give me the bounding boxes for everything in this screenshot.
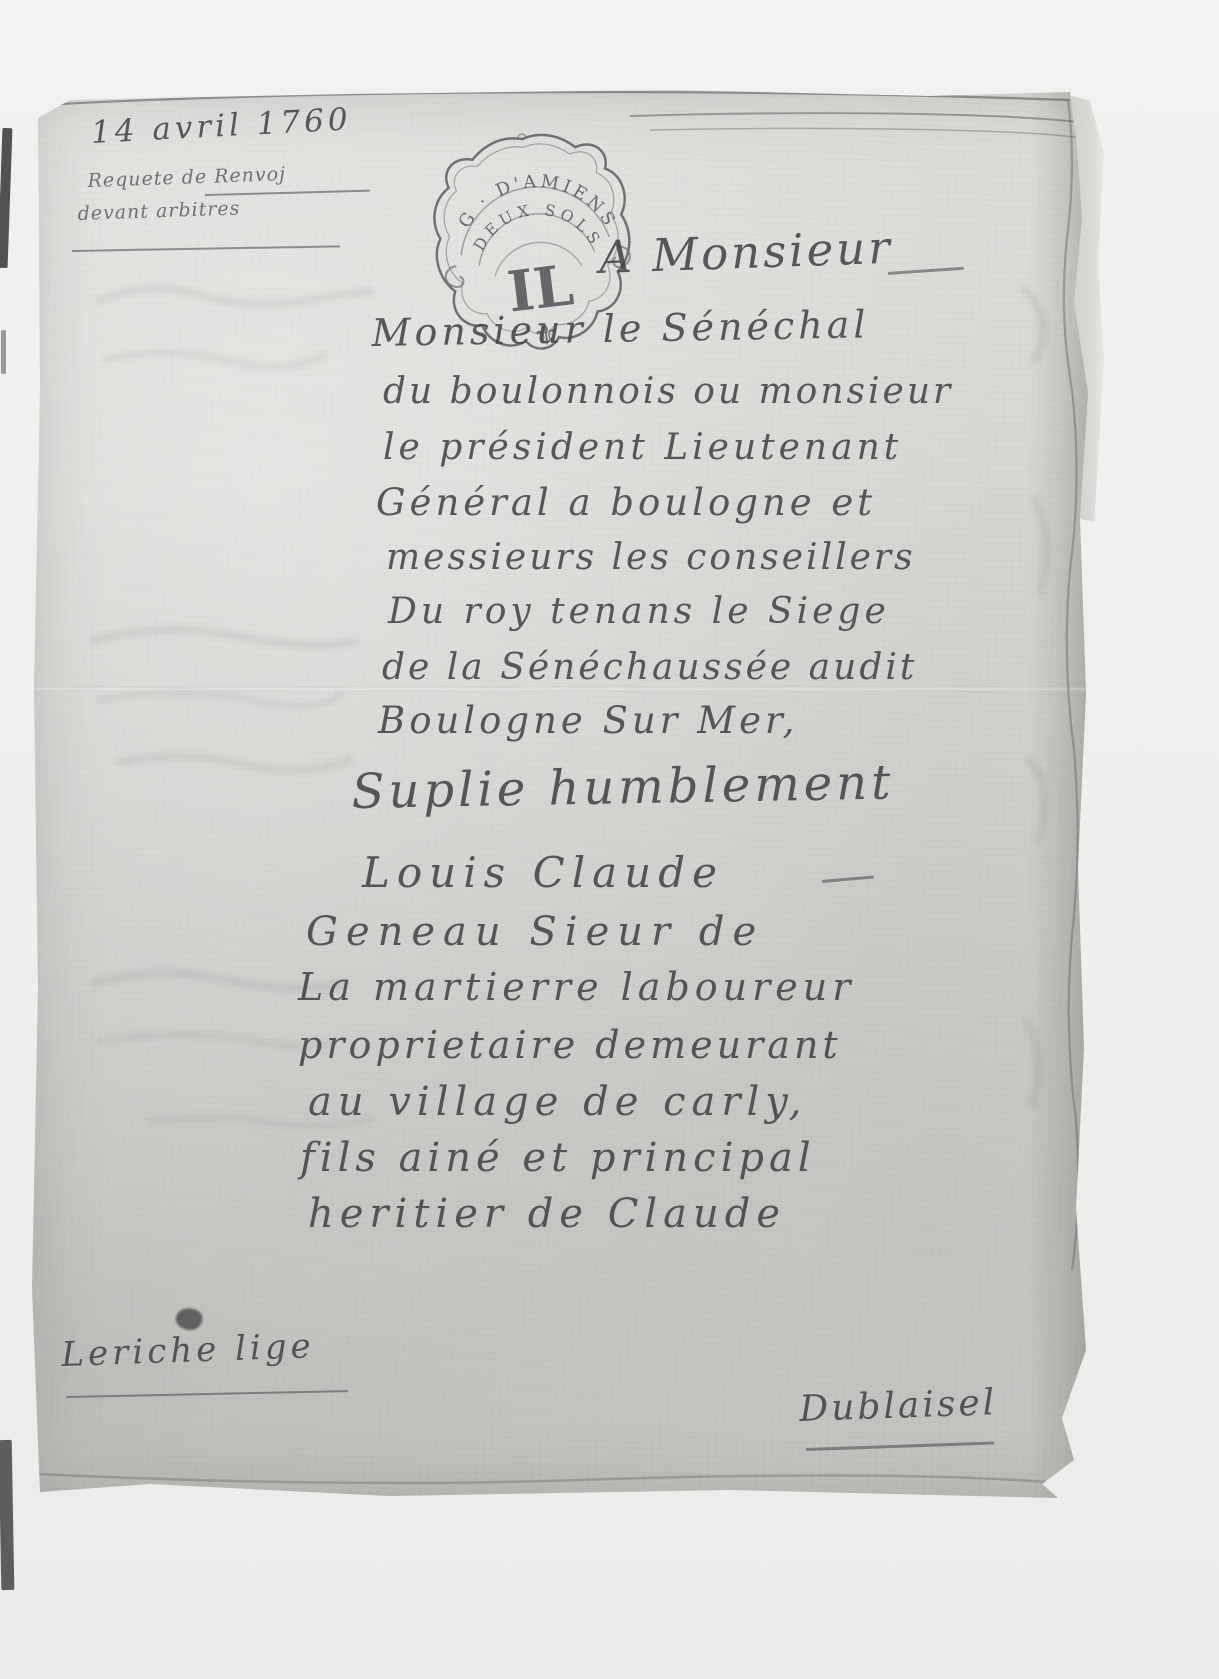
petitioner-line: Geneau Sieur de (306, 912, 764, 952)
scan-edge-sliver (0, 128, 12, 268)
signature-right: Dublaisel (799, 1385, 998, 1428)
body-line: de la Sénéchaussée audit (382, 650, 917, 686)
body-line: Monsieur le Sénéchal (371, 305, 869, 352)
petitioner-line: proprietaire demeurant (298, 1026, 842, 1064)
petitioner-line: La martierre laboureur (298, 968, 855, 1006)
scan-edge-sliver (1, 330, 6, 374)
body-line: messieurs les conseillers (386, 540, 916, 576)
scan-edge-sliver (0, 1440, 14, 1590)
body-line: du boulonnois ou monsieur (383, 374, 953, 410)
salutation-line: A Monsieur (598, 225, 893, 280)
petitioner-line: Louis Claude (362, 852, 724, 894)
petition-opening-line: Suplie humblement (351, 759, 895, 816)
body-line: Boulogne Sur Mer, (378, 702, 798, 739)
petitioner-line: fils ainé et principal (300, 1138, 816, 1178)
petitioner-line: au village de carly, (308, 1082, 807, 1122)
petitioner-line: heritier de Claude (308, 1194, 786, 1234)
body-line: Général a boulogne et (376, 484, 876, 521)
body-line: le président Lieutenant (383, 430, 902, 466)
body-line: Du roy tenans le Siege (388, 594, 890, 630)
signature-left: Leriche lige (61, 1329, 315, 1372)
document-scan: 14 avril 1760 Requete de Renvoj devant a… (0, 0, 1219, 1679)
